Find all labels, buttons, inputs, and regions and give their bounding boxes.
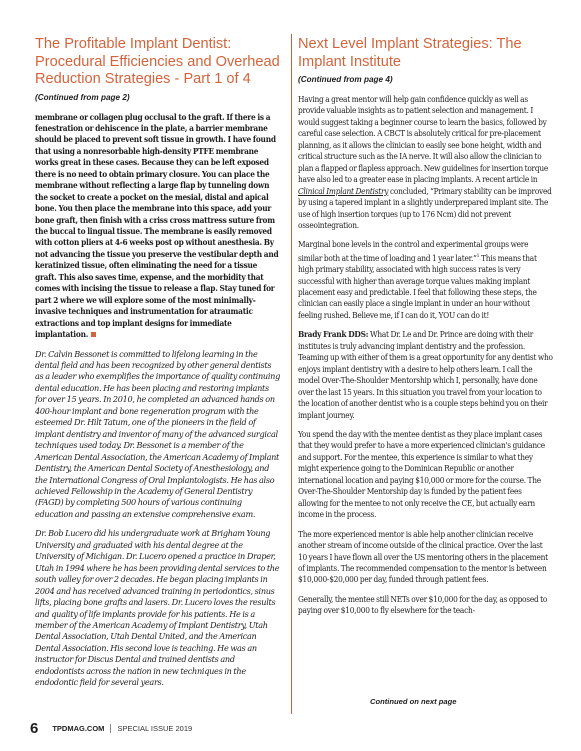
right-article-title: Next Level Implant Strategies: The Impla… [298,36,553,71]
left-article: The Profitable Implant Dentist: Procedur… [35,0,280,697]
journal-citation-link[interactable]: Clinical Implant Dentistry [298,186,388,196]
right-paragraph-1: Having a great mentor will help gain con… [298,94,553,231]
issue-label: SPECIAL ISSUE 2019 [117,724,192,733]
right-paragraph-4: You spend the day with the mentee dentis… [298,429,553,521]
left-body-paragraph: membrane or collagen plug occlusal to th… [35,112,280,341]
author-bio-lucero: Dr. Bob Lucero did his undergraduate wor… [35,528,280,688]
left-continued-from: (Continued from page 2) [35,93,280,102]
speaker-name: Brady Frank DDS: [298,329,368,339]
left-body-text: membrane or collagen plug occlusal to th… [35,112,278,340]
right-paragraph-5: The more experienced mentor is able help… [298,529,553,586]
continued-on-next-page: Continued on next page [370,697,456,706]
paragraph-text: Having a great mentor will help gain con… [298,94,548,184]
right-paragraph-6: Generally, the mentee still NETs over $1… [298,594,553,617]
left-article-title: The Profitable Implant Dentist: Procedur… [35,36,280,89]
right-paragraph-2: Marginal bone levels in the control and … [298,239,553,321]
right-paragraph-3: Brady Frank DDS: What Dr. Le and Dr. Pri… [298,329,553,421]
column-divider [291,34,292,714]
footer-separator [110,724,111,733]
paragraph-text: What Dr. Le and Dr. Prince are doing wit… [298,329,553,419]
end-of-article-square-icon [91,332,96,337]
page-number: 6 [30,720,38,737]
right-continued-from: (Continued from page 4) [298,75,553,84]
author-bio-bessonet: Dr. Calvin Bessonet is committed to life… [35,349,280,521]
right-article: Next Level Implant Strategies: The Impla… [298,0,553,625]
page-footer: 6 TPDMAG.COM SPECIAL ISSUE 2019 [30,720,192,737]
site-name: TPDMAG.COM [52,724,104,733]
